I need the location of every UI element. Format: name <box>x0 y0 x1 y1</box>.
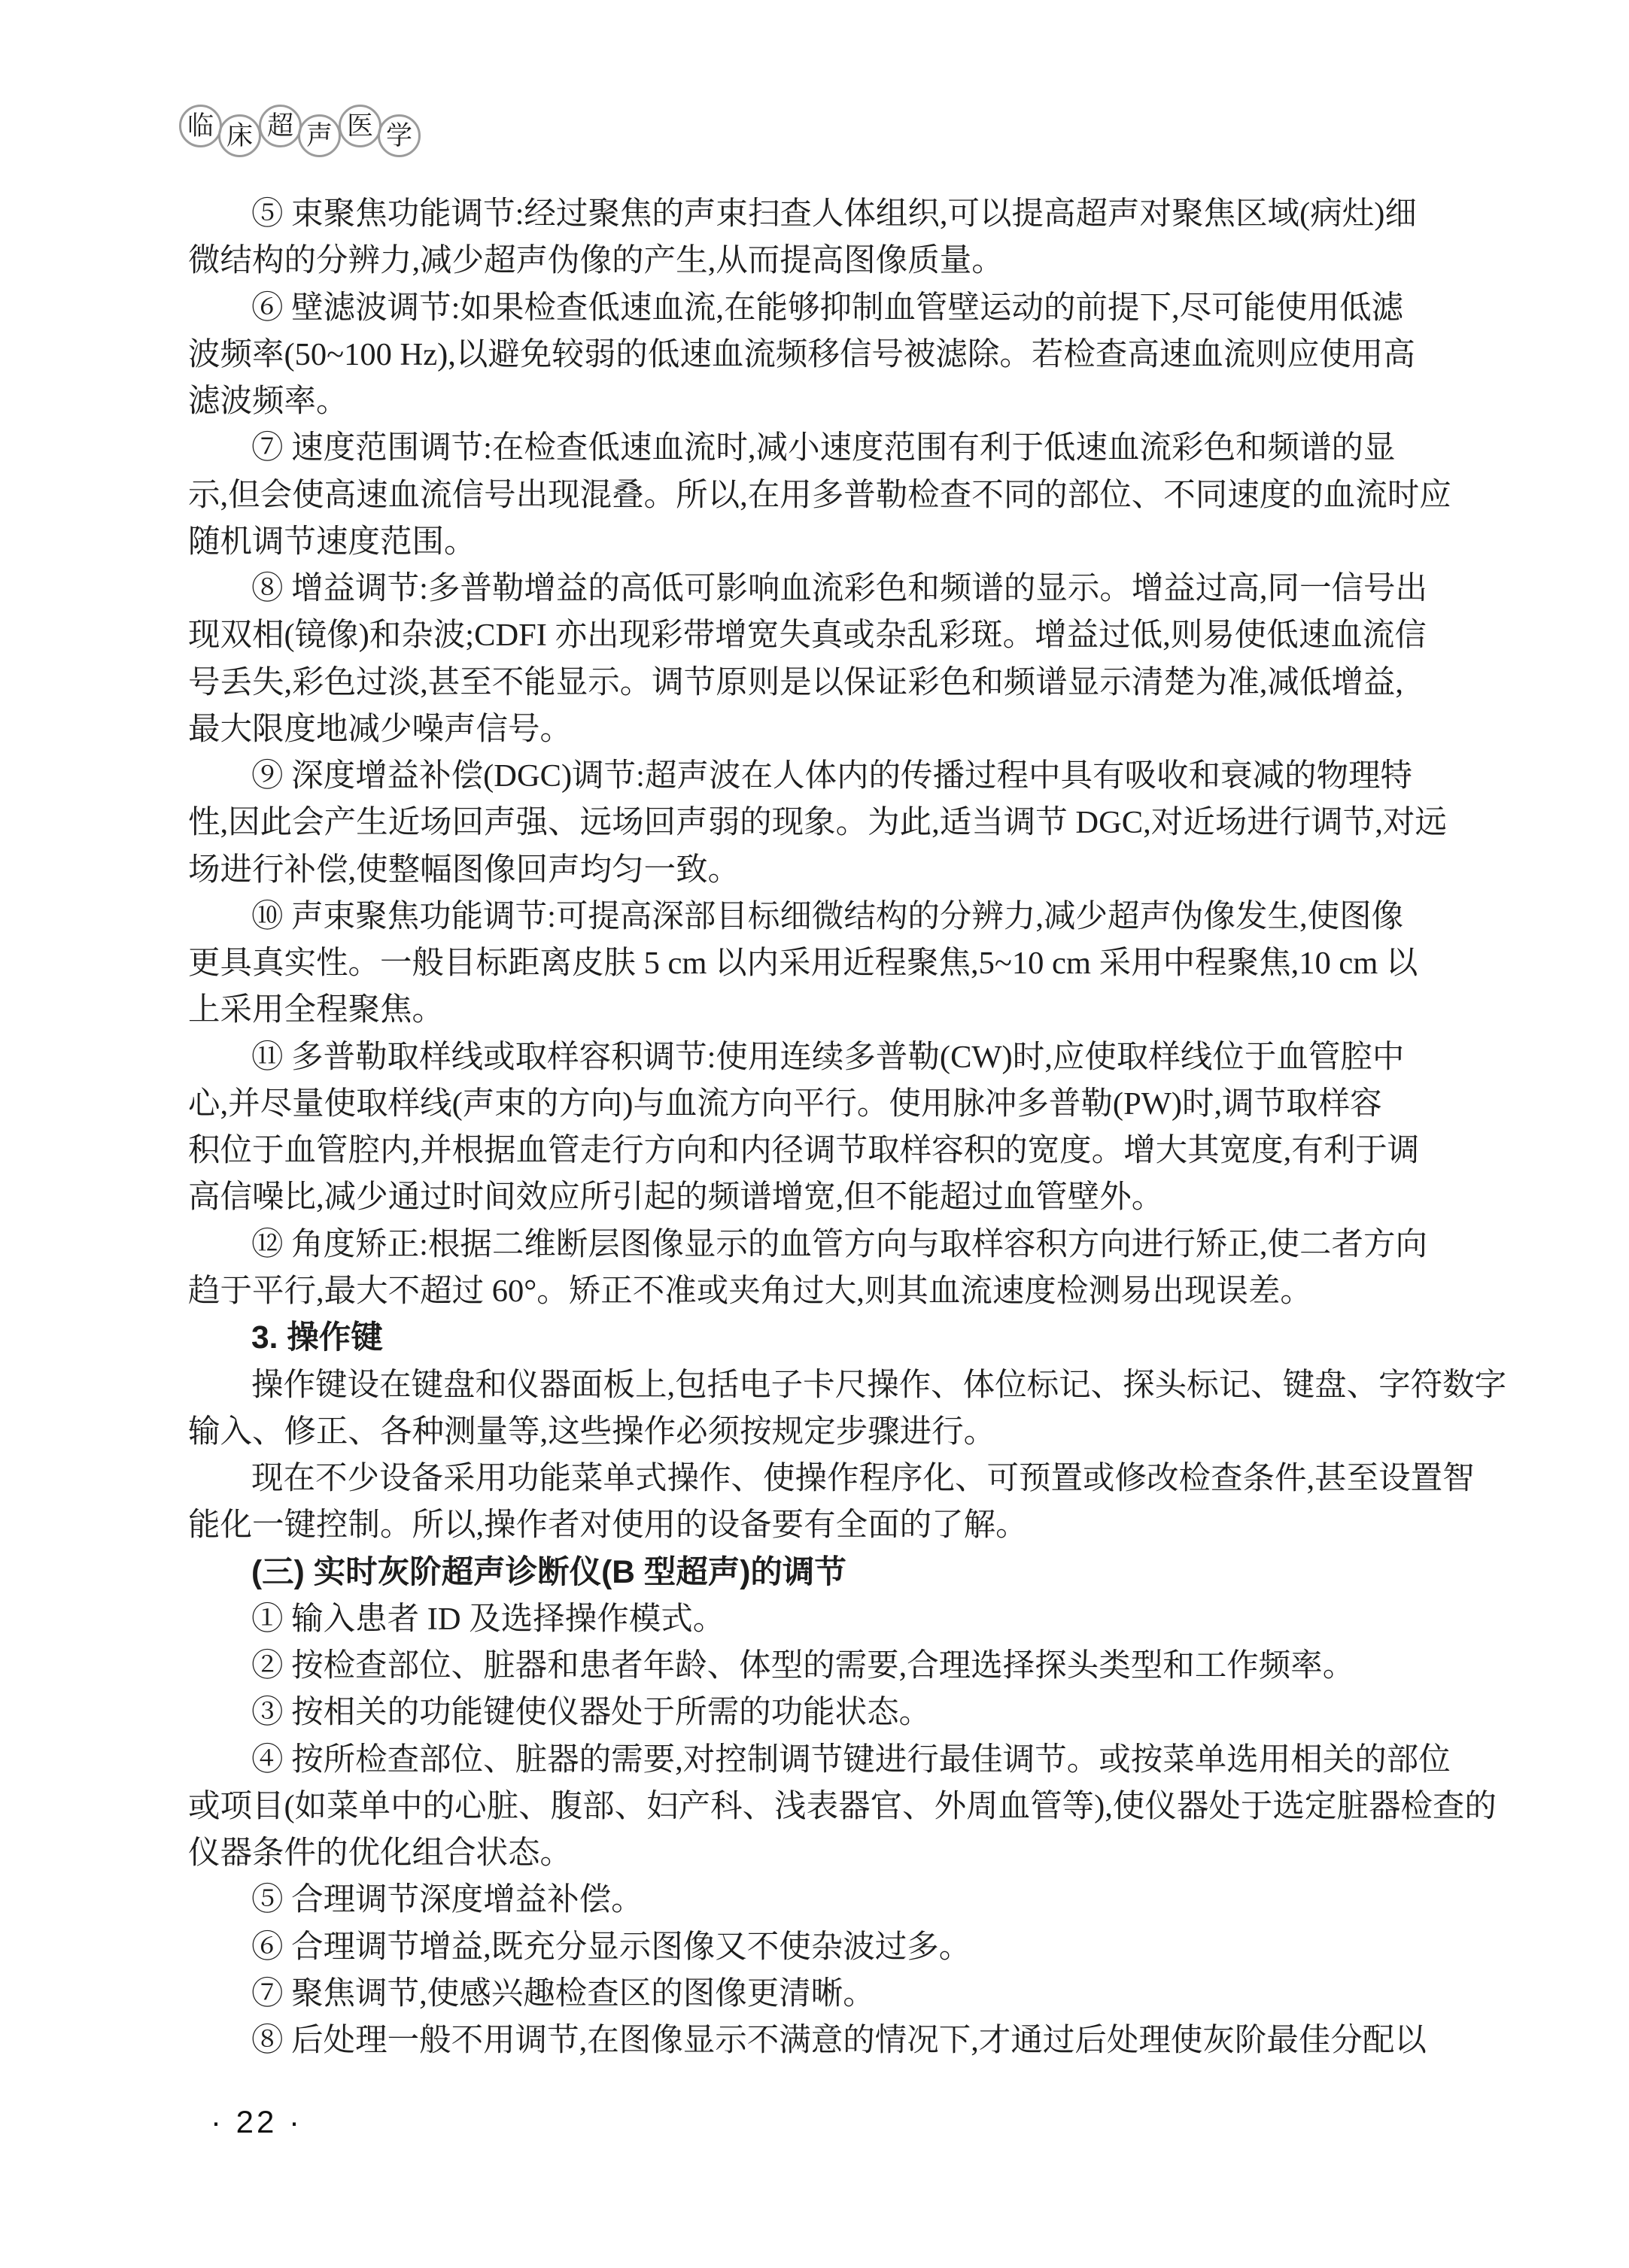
text-line: 现双相(镜像)和杂波;CDFI 亦出现彩带增宽失真或杂乱彩斑。增益过低,则易使低… <box>188 612 1427 659</box>
section-heading: 3. 操作键 <box>251 1315 383 1362</box>
text-line: ④ 按所检查部位、脏器的需要,对控制调节键进行最佳调节。或按菜单选用相关的部位 <box>251 1737 1451 1784</box>
text-line: 随机调节速度范围。 <box>188 519 476 566</box>
text-line: 输入、修正、各种测量等,这些操作必须按规定步骤进行。 <box>188 1409 995 1456</box>
text-line: ⑨ 深度增益补偿(DGC)调节:超声波在人体内的传播过程中具有吸收和衰减的物理特 <box>251 753 1412 800</box>
text-line: ⑦ 速度范围调节:在检查低速血流时,减小速度范围有利于低速血流彩色和频谱的显 <box>251 425 1396 472</box>
text-line: 性,因此会产生近场回声强、远场回声弱的现象。为此,适当调节 DGC,对近场进行调… <box>188 800 1447 846</box>
text-line: 微结构的分辨力,减少超声伪像的产生,从而提高图像质量。 <box>188 238 1004 284</box>
text-column: ⑤ 束聚焦功能调节:经过聚焦的声束扫查人体组织,可以提高超声对聚焦区域(病灶)细… <box>0 0 1629 2268</box>
text-line: ⑧ 后处理一般不用调节,在图像显示不满意的情况下,才通过后处理使灰阶最佳分配以 <box>251 2018 1427 2064</box>
text-line: 高信噪比,减少通过时间效应所引起的频谱增宽,但不能超过血管壁外。 <box>188 1174 1163 1221</box>
text-line: 心,并尽量使取样线(声束的方向)与血流方向平行。使用脉冲多普勒(PW)时,调节取… <box>188 1081 1382 1128</box>
text-line: ① 输入患者 ID 及选择操作模式。 <box>251 1596 725 1643</box>
text-line: 趋于平行,最大不超过 60°。矫正不准或夹角过大,则其血流速度检测易出现误差。 <box>188 1268 1312 1315</box>
text-line: 仪器条件的优化组合状态。 <box>188 1830 572 1877</box>
text-line: 号丢失,彩色过淡,甚至不能显示。调节原则是以保证彩色和频谱显示清楚为准,减低增益… <box>188 660 1403 706</box>
text-line: 上采用全程聚焦。 <box>188 987 444 1034</box>
text-line: ⑫ 角度矫正:根据二维断层图像显示的血管方向与取样容积方向进行矫正,使二者方向 <box>251 1222 1427 1268</box>
text-line: ③ 按相关的功能键使仪器处于所需的功能状态。 <box>251 1690 931 1736</box>
text-line: 或项目(如菜单中的心脏、腹部、妇产科、浅表器官、外周血管等),使仪器处于选定脏器… <box>188 1784 1497 1830</box>
text-line: ⑪ 多普勒取样线或取样容积调节:使用连续多普勒(CW)时,应使取样线位于血管腔中 <box>251 1034 1404 1081</box>
text-line: ⑤ 束聚焦功能调节:经过聚焦的声束扫查人体组织,可以提高超声对聚焦区域(病灶)细 <box>251 191 1417 238</box>
page: 临床超声医学 ⑤ 束聚焦功能调节:经过聚焦的声束扫查人体组织,可以提高超声对聚焦… <box>0 0 1629 2268</box>
text-line: 操作键设在键盘和仪器面板上,包括电子卡尺操作、体位标记、探头标记、键盘、字符数字 <box>251 1362 1506 1409</box>
text-line: ⑩ 声束聚焦功能调节:可提高深部目标细微结构的分辨力,减少超声伪像发生,使图像 <box>251 894 1403 940</box>
text-line: 现在不少设备采用功能菜单式操作、使操作程序化、可预置或修改检查条件,甚至设置智 <box>251 1456 1475 1502</box>
text-line: 示,但会使高速血流信号出现混叠。所以,在用多普勒检查不同的部位、不同速度的血流时… <box>188 472 1451 519</box>
text-line: ⑤ 合理调节深度增益补偿。 <box>251 1877 643 1923</box>
text-line: 更具真实性。一般目标距离皮肤 5 cm 以内采用近程聚焦,5~10 cm 采用中… <box>188 940 1418 987</box>
text-line: ⑥ 合理调节增益,既充分显示图像又不使杂波过多。 <box>251 1924 971 1971</box>
text-line: ② 按检查部位、脏器和患者年龄、体型的需要,合理选择探头类型和工作频率。 <box>251 1643 1354 1690</box>
page-number: · 22 · <box>211 2106 302 2138</box>
text-line: ⑦ 聚焦调节,使感兴趣检查区的图像更清晰。 <box>251 1971 875 2018</box>
text-line: ⑥ 壁滤波调节:如果检查低速血流,在能够抑制血管壁运动的前提下,尽可能使用低滤 <box>251 285 1403 332</box>
text-line: 积位于血管腔内,并根据血管走行方向和内径调节取样容积的宽度。增大其宽度,有利于调 <box>188 1128 1419 1174</box>
section-heading: (三) 实时灰阶超声诊断仪(B 型超声)的调节 <box>251 1550 846 1596</box>
text-line: ⑧ 增益调节:多普勒增益的高低可影响血流彩色和频谱的显示。增益过高,同一信号出 <box>251 566 1427 612</box>
text-line: 滤波频率。 <box>188 378 348 425</box>
text-line: 波频率(50~100 Hz),以避免较弱的低速血流频移信号被滤除。若检查高速血流… <box>188 332 1415 378</box>
text-line: 最大限度地减少噪声信号。 <box>188 706 572 753</box>
text-line: 能化一键控制。所以,操作者对使用的设备要有全面的了解。 <box>188 1502 1028 1549</box>
text-line: 场进行补偿,使整幅图像回声均匀一致。 <box>188 847 740 894</box>
